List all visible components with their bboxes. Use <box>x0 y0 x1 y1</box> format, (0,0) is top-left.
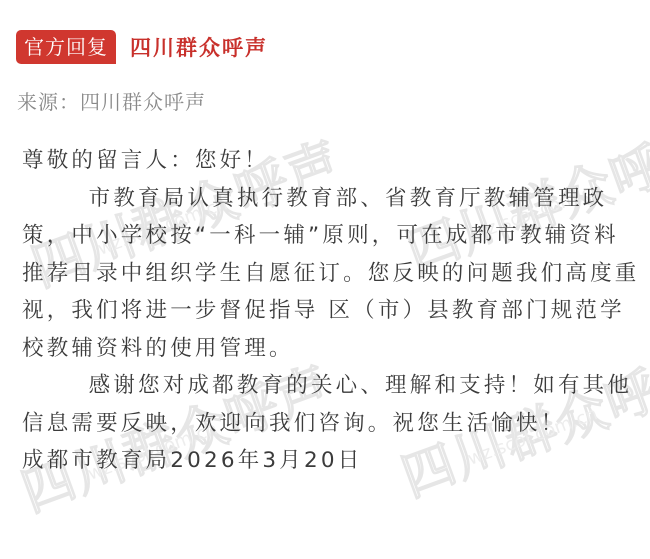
official-reply-badge: 官方回复 <box>16 30 116 64</box>
letter-signature: 成都市教育局2026年3月20日 <box>22 442 642 480</box>
letter-greeting: 尊敬的留言人：您好！ <box>22 142 642 180</box>
letter-paragraph: 感谢您对成都教育的关心、理解和支持！如有其他信息需要反映，欢迎向我们咨询。祝您生… <box>22 367 642 442</box>
source-line: 来源：四川群众呼声 <box>17 86 206 115</box>
brand-title: 四川群众呼声 <box>130 32 268 62</box>
letter-paragraph: 市教育局认真执行教育部、省教育厅教辅管理政策，中小学校按“一科一辅”原则，可在成… <box>22 180 642 368</box>
reply-letter: 尊敬的留言人：您好！ 市教育局认真执行教育部、省教育厅教辅管理政策，中小学校按“… <box>22 142 642 480</box>
reply-header: 官方回复 四川群众呼声 <box>16 30 268 64</box>
